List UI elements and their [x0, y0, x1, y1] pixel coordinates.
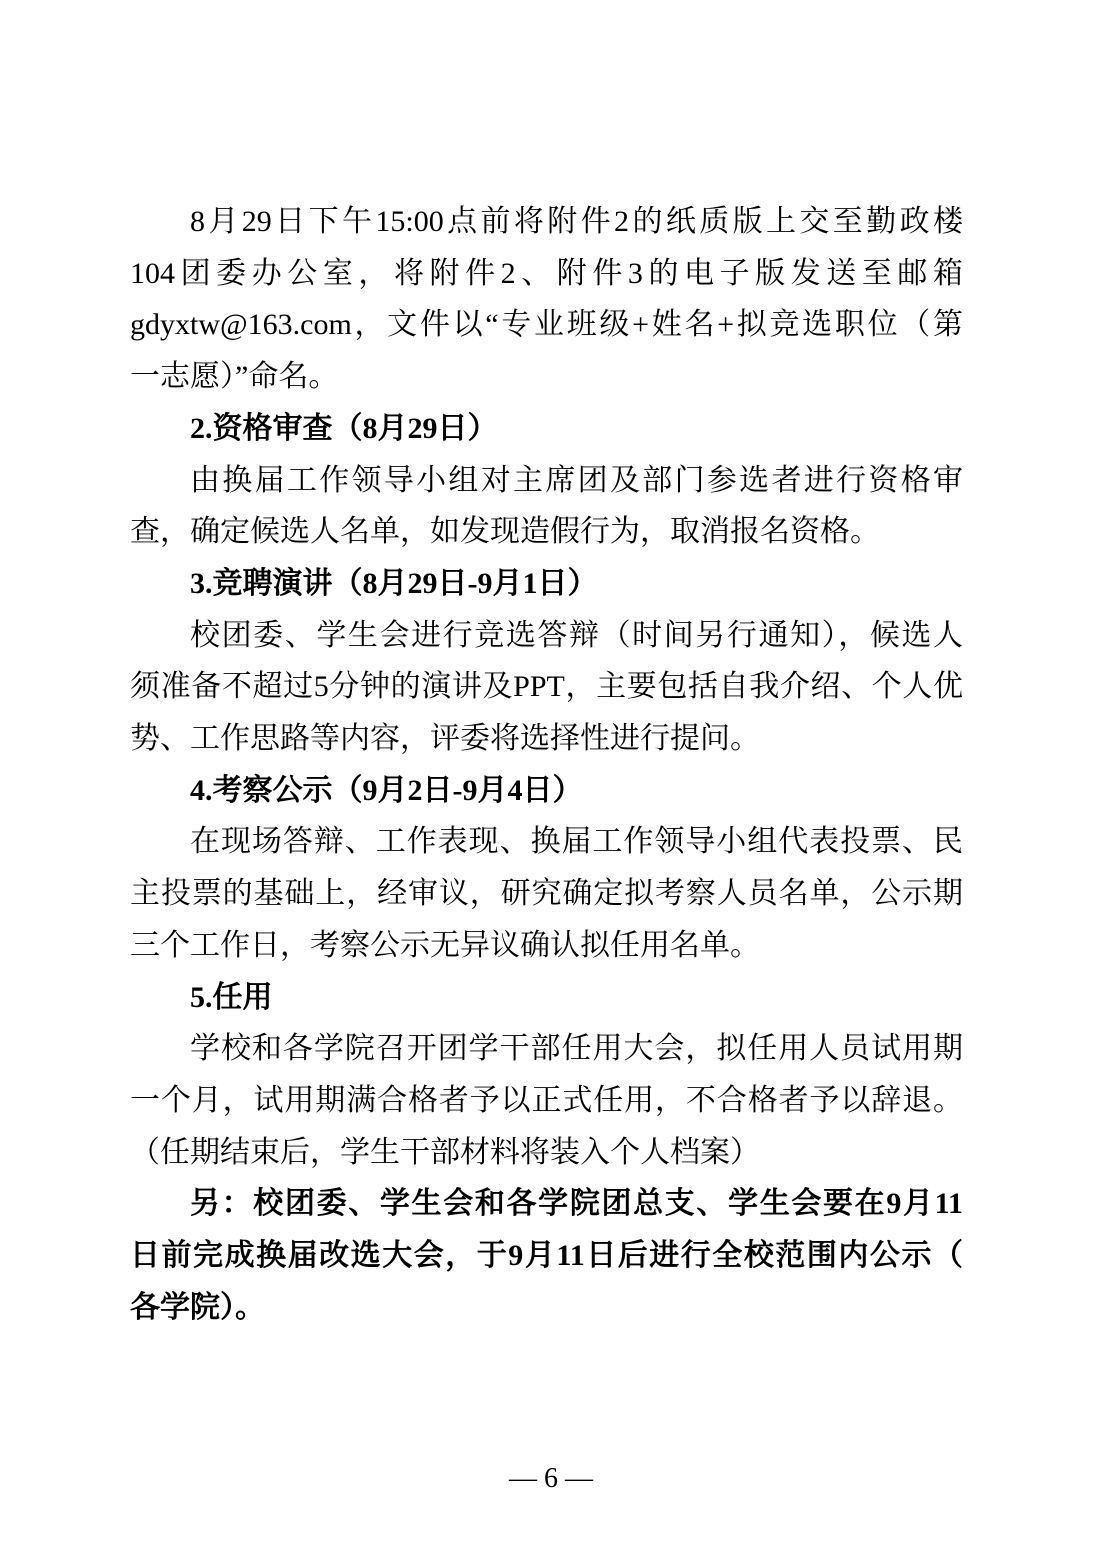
- text-line: 查，确定候选人名单，如发现造假行为，取消报名资格。: [130, 506, 963, 558]
- paragraph-qualification-review: 由换届工作领导小组对主席团及部门参选者进行资格审 查，确定候选人名单，如发现造假…: [130, 455, 963, 558]
- paragraph-inspection-publicity: 在现场答辩、工作表现、换届工作领导小组代表投票、民 主投票的基础上，经审议，研究…: [130, 816, 963, 971]
- text-line: 5.任用: [130, 972, 963, 1024]
- text-line: 由换届工作领导小组对主席团及部门参选者进行资格审: [130, 455, 963, 507]
- text-line: 学校和各学院召开团学干部任用大会，拟任用人员试用期: [130, 1023, 963, 1075]
- text-line: 势、工作思路等内容，评委将选择性进行提问。: [130, 713, 963, 765]
- text-line: 104团委办公室，将附件2、附件3的电子版发送至邮箱: [130, 248, 963, 300]
- heading-appointment: 5.任用: [130, 972, 963, 1024]
- page-number: — 6 —: [509, 1463, 593, 1494]
- paragraph-campaign-speech: 校团委、学生会进行竞选答辩（时间另行通知），候选人 须准备不超过5分钟的演讲及P…: [130, 610, 963, 765]
- text-line: （任期结束后，学生干部材料将装入个人档案）: [130, 1127, 963, 1179]
- text-line: 须准备不超过5分钟的演讲及PPT，主要包括自我介绍、个人优: [130, 661, 963, 713]
- text-line: 一个月，试用期满合格者予以正式任用，不合格者予以辞退。: [130, 1075, 963, 1127]
- text-line: 日前完成换届改选大会，于9月11日后进行全校范围内公示（: [130, 1230, 963, 1282]
- heading-qualification-review: 2.资格审查（8月29日）: [130, 403, 963, 455]
- paragraph-additional-note: 另：校团委、学生会和各学院团总支、学生会要在9月11 日前完成换届改选大会，于9…: [130, 1178, 963, 1333]
- text-line: 在现场答辩、工作表现、换届工作领导小组代表投票、民: [130, 816, 963, 868]
- text-line: 校团委、学生会进行竞选答辩（时间另行通知），候选人: [130, 610, 963, 662]
- document-page: 8月29日下午15:00点前将附件2的纸质版上交至勤政楼 104团委办公室，将附…: [0, 0, 1102, 1559]
- text-line: 3.竞聘演讲（8月29日-9月1日）: [130, 558, 963, 610]
- text-line: 三个工作日，考察公示无异议确认拟任用名单。: [130, 920, 963, 972]
- paragraph-appointment: 学校和各学院召开团学干部任用大会，拟任用人员试用期 一个月，试用期满合格者予以正…: [130, 1023, 963, 1178]
- paragraph-submission-instructions: 8月29日下午15:00点前将附件2的纸质版上交至勤政楼 104团委办公室，将附…: [130, 196, 963, 403]
- text-line: 一志愿）”命名。: [130, 351, 963, 403]
- text-line: gdyxtw@163.com，文件以“专业班级+姓名+拟竞选职位（第: [130, 299, 963, 351]
- text-line: 8月29日下午15:00点前将附件2的纸质版上交至勤政楼: [130, 196, 963, 248]
- text-line: 主投票的基础上，经审议，研究确定拟考察人员名单，公示期: [130, 868, 963, 920]
- page-footer: — 6 —: [0, 1462, 1102, 1496]
- text-line: 另：校团委、学生会和各学院团总支、学生会要在9月11: [130, 1178, 963, 1230]
- heading-inspection-publicity: 4.考察公示（9月2日-9月4日）: [130, 765, 963, 817]
- document-body: 8月29日下午15:00点前将附件2的纸质版上交至勤政楼 104团委办公室，将附…: [130, 196, 963, 1333]
- text-line: 各学院）。: [130, 1282, 963, 1334]
- text-line: 2.资格审查（8月29日）: [130, 403, 963, 455]
- text-line: 4.考察公示（9月2日-9月4日）: [130, 765, 963, 817]
- heading-campaign-speech: 3.竞聘演讲（8月29日-9月1日）: [130, 558, 963, 610]
